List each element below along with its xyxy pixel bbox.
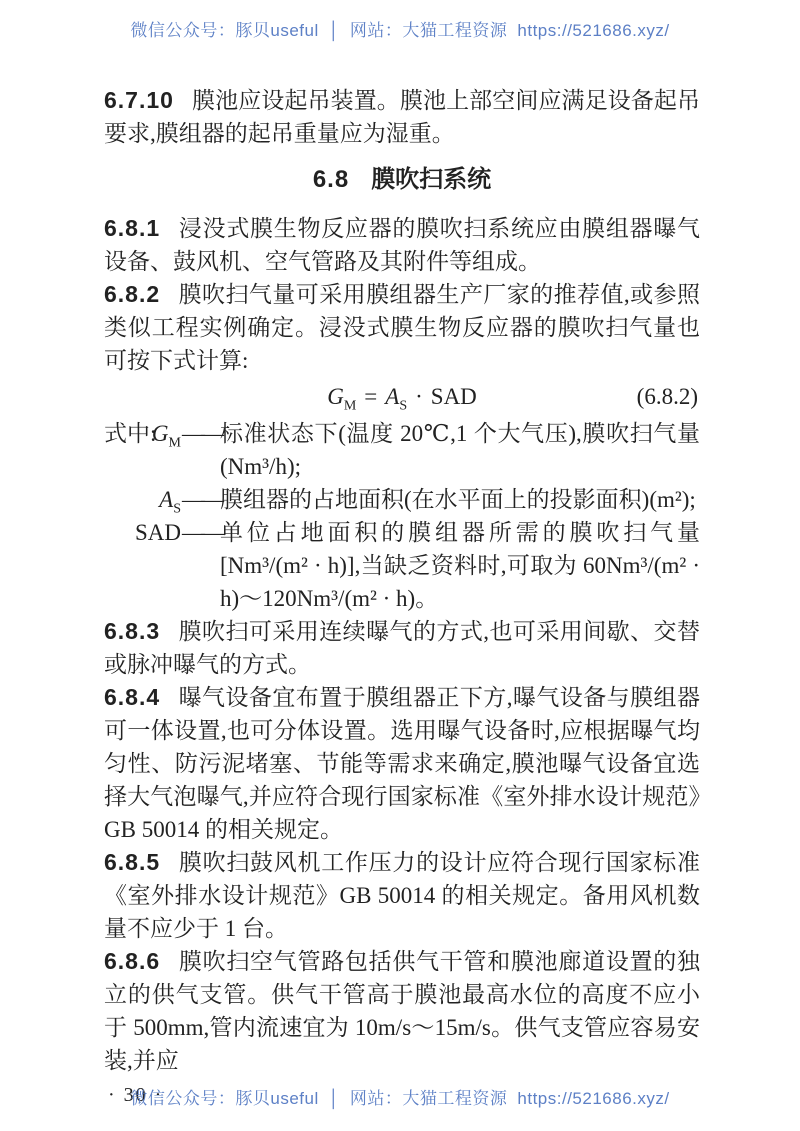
term-dash: ——	[182, 421, 220, 446]
where-term: AS——	[104, 483, 220, 516]
clause-number: 6.8.3	[104, 618, 160, 644]
section-title: 膜吹扫系统	[371, 166, 491, 193]
watermark-url: https://521686.xyz/	[517, 21, 669, 40]
clause-6-8-5: 6.8.5膜吹扫鼓风机工作压力的设计应符合现行国家标准《室外排水设计规范》GB …	[104, 846, 700, 945]
dot-operator: ·	[415, 384, 423, 409]
page-content: 6.7.10膜池应设起吊装置。膜池上部空间应满足设备起吊要求,膜组器的起吊重量应…	[104, 84, 700, 1112]
clause-number: 6.8.4	[104, 684, 160, 710]
equation-number: (6.8.2)	[637, 379, 698, 415]
term-dash: ——	[182, 487, 220, 512]
formula-sad: SAD	[431, 384, 477, 409]
term-symbol: SAD	[135, 520, 181, 545]
term-dash: ——	[182, 520, 220, 545]
where-term: SAD——	[104, 516, 220, 549]
wechat-label: 微信公众号：豚贝useful	[130, 1089, 318, 1108]
where-definition: 单位占地面积的膜组器所需的膜吹扫气量[Nm³/(m² · h)],当缺乏资料时,…	[220, 516, 700, 615]
site-label: 网站：大猫工程资源	[350, 21, 508, 40]
clause-number: 6.7.10	[104, 87, 174, 113]
watermark-footer: 微信公众号：豚贝useful│网站：大猫工程资源https://521686.x…	[0, 1084, 800, 1109]
clause-number: 6.8.5	[104, 849, 160, 875]
term-subscript: M	[169, 436, 181, 451]
clause-text: 膜吹扫空气管路包括供气干管和膜池廊道设置的独立的供气支管。供气干管高于膜池最高水…	[104, 949, 700, 1073]
clause-6-8-4: 6.8.4曝气设备宜布置于膜组器正下方,曝气设备与膜组器可一体设置,也可分体设置…	[104, 681, 700, 846]
clause-6-8-3: 6.8.3膜吹扫可采用连续曝气的方式,也可采用间歇、交替或脉冲曝气的方式。	[104, 615, 700, 681]
where-definition: 标准状态下(温度 20℃,1 个大气压),膜吹扫气量(Nm³/h);	[220, 417, 700, 483]
watermark-url: https://521686.xyz/	[517, 1089, 669, 1108]
clause-text: 膜吹扫可采用连续曝气的方式,也可采用间歇、交替或脉冲曝气的方式。	[104, 619, 700, 677]
formula-lhs: G	[327, 384, 344, 409]
clause-6-8-2: 6.8.2膜吹扫气量可采用膜组器生产厂家的推荐值,或参照类似工程实例确定。浸没式…	[104, 278, 700, 377]
where-list: 式中: GM—— 标准状态下(温度 20℃,1 个大气压),膜吹扫气量(Nm³/…	[104, 417, 700, 615]
term-subscript: S	[173, 502, 181, 517]
section-number: 6.8	[313, 166, 349, 193]
clause-text: 膜吹扫气量可采用膜组器生产厂家的推荐值,或参照类似工程实例确定。浸没式膜生物反应…	[104, 282, 700, 373]
where-item-as: AS—— 膜组器的占地面积(在水平面上的投影面积)(m²);	[104, 483, 700, 516]
formula-6-8-2: GM=AS·SAD (6.8.2)	[104, 379, 700, 415]
clause-number: 6.8.2	[104, 281, 160, 307]
clause-6-8-6: 6.8.6膜吹扫空气管路包括供气干管和膜池廊道设置的独立的供气支管。供气干管高于…	[104, 945, 700, 1077]
where-definition: 膜组器的占地面积(在水平面上的投影面积)(m²);	[220, 483, 700, 516]
clause-number: 6.8.6	[104, 948, 160, 974]
where-item-sad: SAD—— 单位占地面积的膜组器所需的膜吹扫气量[Nm³/(m² · h)],当…	[104, 516, 700, 615]
clause-text: 膜吹扫鼓风机工作压力的设计应符合现行国家标准《室外排水设计规范》GB 50014…	[104, 850, 700, 941]
formula-rhs: A	[385, 384, 399, 409]
equals-sign: =	[364, 384, 377, 409]
clause-6-8-1: 6.8.1浸没式膜生物反应器的膜吹扫系统应由膜组器曝气设备、鼓风机、空气管路及其…	[104, 212, 700, 278]
where-lead: 式中:	[104, 417, 156, 450]
section-heading-6-8: 6.8膜吹扫系统	[104, 162, 700, 198]
clause-text: 膜池应设起吊装置。膜池上部空间应满足设备起吊要求,膜组器的起吊重量应为湿重。	[104, 88, 700, 146]
clause-text: 曝气设备宜布置于膜组器正下方,曝气设备与膜组器可一体设置,也可分体设置。选用曝气…	[104, 685, 700, 842]
clause-6-7-10: 6.7.10膜池应设起吊装置。膜池上部空间应满足设备起吊要求,膜组器的起吊重量应…	[104, 84, 700, 150]
site-label: 网站：大猫工程资源	[350, 1089, 508, 1108]
watermark-separator: │	[329, 21, 340, 40]
watermark-header: 微信公众号：豚贝useful│网站：大猫工程资源https://521686.x…	[0, 16, 800, 41]
watermark-separator: │	[329, 1089, 340, 1108]
where-item-gm: 式中: GM—— 标准状态下(温度 20℃,1 个大气压),膜吹扫气量(Nm³/…	[104, 417, 700, 483]
formula-lhs-subscript: M	[344, 399, 356, 414]
clause-number: 6.8.1	[104, 215, 160, 241]
formula-rhs-subscript: S	[399, 399, 407, 414]
clause-text: 浸没式膜生物反应器的膜吹扫系统应由膜组器曝气设备、鼓风机、空气管路及其附件等组成…	[104, 216, 700, 274]
term-symbol: A	[159, 487, 173, 512]
wechat-label: 微信公众号：豚贝useful	[130, 21, 318, 40]
